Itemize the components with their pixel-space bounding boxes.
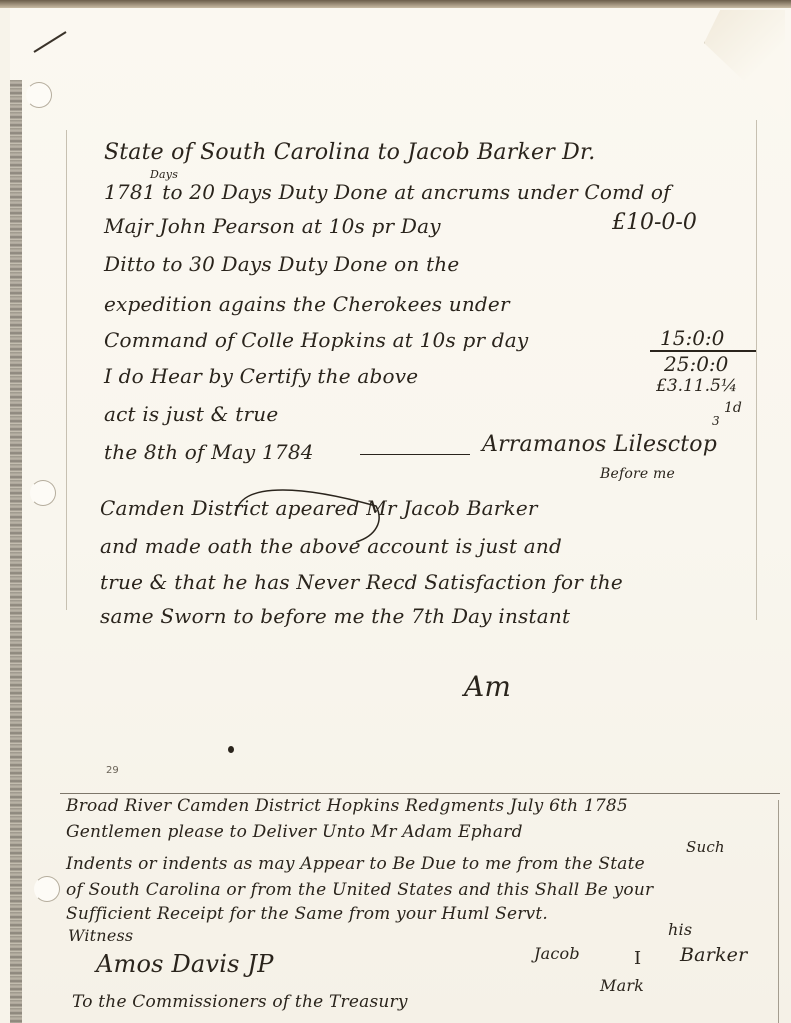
account-line-3: Ditto to 30 Days Duty Done on the bbox=[104, 252, 459, 276]
scan-top-edge bbox=[0, 0, 791, 8]
punch-hole bbox=[34, 876, 60, 902]
signer-last-name: Barker bbox=[680, 944, 747, 966]
account-line-4: expedition agains the Cherokees under bbox=[104, 292, 510, 316]
side-mark-3: 3 bbox=[712, 414, 720, 428]
frame-line-left bbox=[66, 130, 67, 610]
order-line-4: of South Carolina or from the United Sta… bbox=[66, 880, 653, 900]
amount-converted: £3.11.5¼ bbox=[656, 376, 737, 396]
justice-initial-signature: Am bbox=[464, 670, 511, 703]
account-line-1: 1781 to 20 Days Duty Done at ancrums und… bbox=[104, 180, 671, 204]
oath-line-3: true & that he has Never Recd Satisfacti… bbox=[100, 570, 623, 594]
certifier-signature: Arramanos Lilesctop bbox=[482, 432, 717, 457]
account-line-2: Majr John Pearson at 10s pr Day bbox=[104, 214, 441, 238]
witness-label: Witness bbox=[68, 926, 133, 945]
oath-line-4: same Sworn to before me the 7th Day inst… bbox=[100, 604, 570, 628]
his-label: his bbox=[668, 920, 692, 939]
inserted-word-such: Such bbox=[686, 838, 725, 856]
ink-blot bbox=[228, 746, 234, 753]
amount-25-pounds: 25:0:0 bbox=[664, 352, 728, 376]
account-date: the 8th of May 1784 bbox=[104, 440, 314, 464]
oath-line-2: and made oath the above account is just … bbox=[100, 534, 562, 558]
signer-mark-glyph: I bbox=[634, 948, 641, 969]
account-line-7: act is just & true bbox=[104, 402, 278, 426]
punch-hole bbox=[30, 480, 56, 506]
page-number: 29 bbox=[106, 765, 119, 776]
witness-signature: Amos Davis JP bbox=[96, 950, 274, 978]
amount-10-pounds: £10-0-0 bbox=[612, 210, 697, 235]
pen-stroke-mark bbox=[30, 28, 70, 58]
addressee-line: To the Commissioners of the Treasury bbox=[72, 992, 408, 1012]
punch-hole bbox=[26, 82, 52, 108]
frame-line-right bbox=[756, 120, 757, 620]
signature-dash bbox=[360, 454, 470, 455]
order-line-2: Gentlemen please to Deliver Unto Mr Adam… bbox=[66, 822, 523, 842]
account-line-6: I do Hear by Certify the above bbox=[104, 364, 418, 388]
order-line-3: Indents or indents as may Appear to Be D… bbox=[66, 854, 645, 874]
before-me-annotation: Before me bbox=[600, 466, 675, 482]
signer-first-name: Jacob bbox=[534, 944, 580, 963]
order-line-5: Sufficient Receipt for the Same from you… bbox=[66, 904, 548, 924]
section-right-edge bbox=[778, 800, 779, 1023]
account-heading: State of South Carolina to Jacob Barker … bbox=[104, 140, 595, 165]
order-line-1: Broad River Camden District Hopkins Redg… bbox=[66, 796, 628, 816]
side-mark-1d: 1d bbox=[724, 400, 742, 416]
days-superscript: Days bbox=[150, 168, 178, 181]
account-line-5: Command of Colle Hopkins at 10s pr day bbox=[104, 328, 528, 352]
binding-edge bbox=[10, 80, 22, 1023]
mark-label: Mark bbox=[600, 976, 644, 995]
amount-15-pounds: 15:0:0 bbox=[660, 326, 724, 350]
